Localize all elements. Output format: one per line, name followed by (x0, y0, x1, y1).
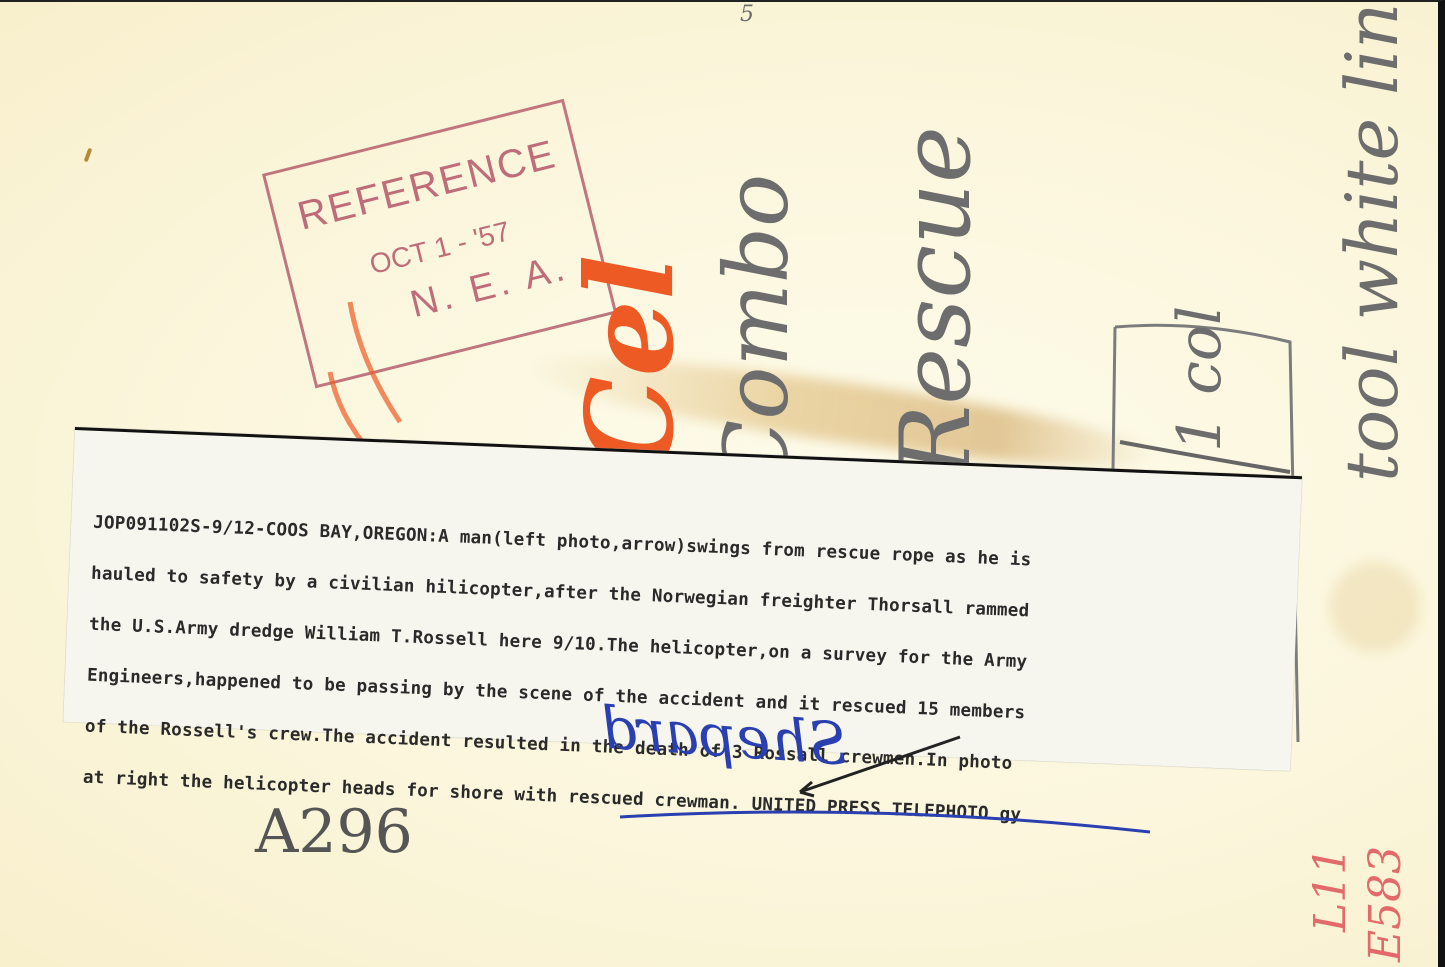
red-pencil-code-e583: E583 (1360, 846, 1411, 962)
signature-strokes (0, 2, 1445, 967)
photo-back-paper: 5 REFERENCE OCT 1 - '57 N. E. A. Cel Com… (0, 0, 1445, 967)
pencil-code-a296: A296 (255, 797, 413, 867)
red-pencil-code-l11: L11 (1305, 847, 1356, 932)
